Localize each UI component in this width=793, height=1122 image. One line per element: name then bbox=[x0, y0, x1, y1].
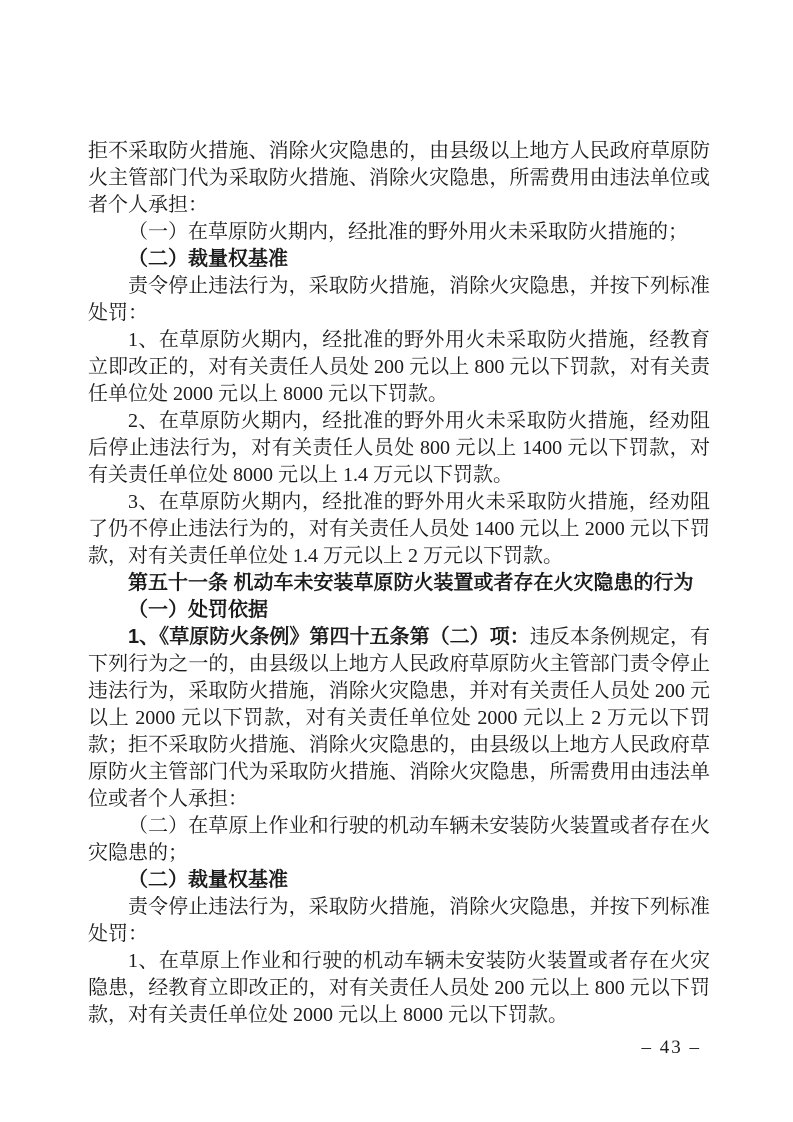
paragraph: 第五十一条 机动车未安装草原防火装置或者存在火灾隐患的行为 bbox=[88, 570, 710, 597]
text-run: （一）在草原防火期内，经批准的野外用火未采取防火措施的； bbox=[128, 221, 688, 243]
paragraph: 1、在草原上作业和行驶的机动车辆未安装防火装置或者存在火灾隐患，经教育立即改正的… bbox=[88, 948, 710, 1029]
text-run: 责令停止违法行为，采取防火措施，消除火灾隐患，并按下列标准处罚： bbox=[88, 896, 710, 945]
bold-text-run: 1、《草原防火条例》第四十五条第（二）项： bbox=[128, 626, 530, 648]
paragraph: 责令停止违法行为，采取防火措施，消除火灾隐患，并按下列标准处罚： bbox=[88, 894, 710, 948]
paragraph: （一）处罚依据 bbox=[88, 597, 710, 624]
paragraph: （二）裁量权基准 bbox=[88, 867, 710, 894]
text-run: 1、在草原上作业和行驶的机动车辆未安装防火装置或者存在火灾隐患，经教育立即改正的… bbox=[88, 950, 710, 1026]
text-run: 2、在草原防火期内，经批准的野外用火未采取防火措施，经劝阻后停止违法行为，对有关… bbox=[88, 410, 710, 486]
page-number: – 43 – bbox=[642, 1034, 702, 1061]
text-run: 责令停止违法行为，采取防火措施，消除火灾隐患，并按下列标准处罚： bbox=[88, 275, 710, 324]
bold-text-run: 第五十一条 机动车未安装草原防火装置或者存在火灾隐患的行为 bbox=[128, 572, 694, 594]
bold-text-run: （一）处罚依据 bbox=[128, 599, 268, 621]
paragraph: （二）在草原上作业和行驶的机动车辆未安装防火装置或者存在火灾隐患的； bbox=[88, 813, 710, 867]
bold-text-run: （二）裁量权基准 bbox=[128, 869, 288, 891]
text-run: 拒不采取防火措施、消除火灾隐患的，由县级以上地方人民政府草原防火主管部门代为采取… bbox=[88, 140, 710, 216]
bold-text-run: （二）裁量权基准 bbox=[128, 248, 288, 270]
paragraph: 3、在草原防火期内，经批准的野外用火未采取防火措施，经劝阻了仍不停止违法行为的，… bbox=[88, 489, 710, 570]
text-run: 1、在草原防火期内，经批准的野外用火未采取防火措施，经教育立即改正的，对有关责任… bbox=[88, 329, 710, 405]
document-page: 拒不采取防火措施、消除火灾隐患的，由县级以上地方人民政府草原防火主管部门代为采取… bbox=[0, 0, 793, 1122]
paragraph: （一）在草原防火期内，经批准的野外用火未采取防火措施的； bbox=[88, 219, 710, 246]
text-run: （二）在草原上作业和行驶的机动车辆未安装防火装置或者存在火灾隐患的； bbox=[88, 815, 710, 864]
paragraph: 1、在草原防火期内，经批准的野外用火未采取防火措施，经教育立即改正的，对有关责任… bbox=[88, 327, 710, 408]
text-run: 3、在草原防火期内，经批准的野外用火未采取防火措施，经劝阻了仍不停止违法行为的，… bbox=[88, 491, 710, 567]
paragraph: （二）裁量权基准 bbox=[88, 246, 710, 273]
paragraph: 责令停止违法行为，采取防火措施，消除火灾隐患，并按下列标准处罚： bbox=[88, 273, 710, 327]
paragraph: 2、在草原防火期内，经批准的野外用火未采取防火措施，经劝阻后停止违法行为，对有关… bbox=[88, 408, 710, 489]
paragraph: 拒不采取防火措施、消除火灾隐患的，由县级以上地方人民政府草原防火主管部门代为采取… bbox=[88, 138, 710, 219]
document-body: 拒不采取防火措施、消除火灾隐患的，由县级以上地方人民政府草原防火主管部门代为采取… bbox=[88, 138, 710, 1029]
text-run: 违反本条例规定，有下列行为之一的，由县级以上地方人民政府草原防火主管部门责令停止… bbox=[88, 626, 710, 810]
paragraph: 1、《草原防火条例》第四十五条第（二）项：违反本条例规定，有下列行为之一的，由县… bbox=[88, 624, 710, 813]
